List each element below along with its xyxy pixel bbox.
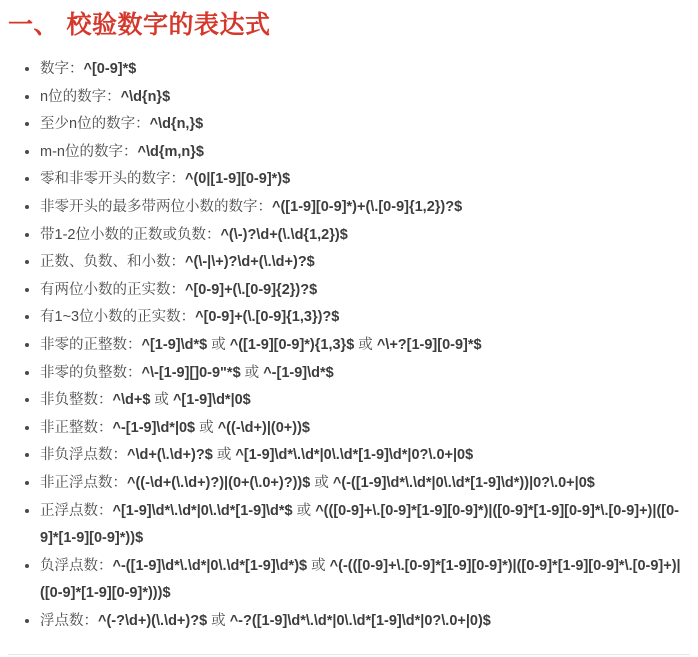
- list-item: 负浮点数：^-([1-9]\d*\.\d*|0\.\d*[1-9]\d*)$ 或…: [40, 553, 690, 608]
- item-label: 正浮点数：: [40, 503, 113, 519]
- item-label: 至少n位的数字：: [40, 116, 150, 132]
- item-label: 负浮点数：: [40, 558, 113, 574]
- item-label: 有1~3位小数的正实数：: [40, 309, 195, 325]
- list-item: 非负浮点数：^\d+(\.\d+)?$ 或 ^[1-9]\d*\.\d*|0\.…: [40, 442, 690, 470]
- list-item: 有1~3位小数的正实数：^[0-9]+(\.[0-9]{1,3})?$: [40, 304, 690, 332]
- item-label: 零和非零开头的数字：: [40, 171, 185, 187]
- page-title: 一、 校验数字的表达式: [8, 10, 690, 41]
- list-item: 数字：^[0-9]*$: [40, 56, 690, 84]
- regex-pattern: ^[0-9]*$: [84, 61, 137, 77]
- regex-pattern: ^((-\d+)|(0+))$: [218, 420, 310, 436]
- list-item: 非正浮点数：^((-\d+(\.\d+)?)|(0+(\.0+)?))$ 或 ^…: [40, 470, 690, 498]
- regex-pattern: ^([1-9][0-9]*){1,3}$: [230, 337, 355, 353]
- regex-pattern: ^[1-9]\d*|0$: [173, 392, 251, 408]
- regex-pattern: ^\+?[1-9][0-9]*$: [377, 337, 482, 353]
- item-label: 非负浮点数：: [40, 447, 127, 463]
- item-label: 非正浮点数：: [40, 475, 127, 491]
- list-item: 正浮点数：^[1-9]\d*\.\d*|0\.\d*[1-9]\d*$ 或 ^(…: [40, 498, 690, 553]
- or-separator: 或: [307, 558, 330, 574]
- regex-pattern: ^(-([1-9]\d*\.\d*|0\.\d*[1-9]\d*))|0?\.0…: [333, 475, 595, 491]
- regex-pattern: ^([1-9][0-9]*)+(\.[0-9]{1,2})?$: [272, 199, 462, 215]
- or-separator: 或: [213, 447, 236, 463]
- regex-pattern: ^\d{n}$: [121, 89, 171, 105]
- or-separator: 或: [207, 337, 230, 353]
- regex-pattern: ^(\-|\+)?\d+(\.\d+)?$: [185, 254, 315, 270]
- page: { "page": { "background": "#ffffff", "di…: [0, 0, 698, 657]
- item-label: 非负整数：: [40, 392, 113, 408]
- content: 一、 校验数字的表达式 数字：^[0-9]*$n位的数字：^\d{n}$至少n位…: [0, 0, 698, 655]
- item-label: 带1-2位小数的正数或负数：: [40, 227, 220, 243]
- list-item: 非正整数：^-[1-9]\d*|0$ 或 ^((-\d+)|(0+))$: [40, 415, 690, 443]
- regex-pattern: ^-([1-9]\d*\.\d*|0\.\d*[1-9]\d*)$: [113, 558, 308, 574]
- item-label: 浮点数：: [40, 613, 98, 629]
- regex-pattern: ^-[1-9]\d*$: [263, 365, 334, 381]
- regex-pattern: ^\d{n,}$: [150, 116, 204, 132]
- regex-pattern: ^[1-9]\d*$: [142, 337, 208, 353]
- regex-pattern: ^[0-9]+(\.[0-9]{2})?$: [185, 282, 317, 298]
- item-label: 非正整数：: [40, 420, 113, 436]
- list-item: 至少n位的数字：^\d{n,}$: [40, 111, 690, 139]
- regex-pattern: ^(\-)?\d+(\.\d{1,2})$: [220, 227, 347, 243]
- or-separator: 或: [293, 503, 316, 519]
- list-item: 非零的负整数：^\-[1-9][]0-9"*$ 或 ^-[1-9]\d*$: [40, 360, 690, 388]
- regex-pattern: ^[1-9]\d*\.\d*|0\.\d*[1-9]\d*|0?\.0+|0$: [235, 447, 473, 463]
- regex-pattern: ^-[1-9]\d*|0$: [113, 420, 196, 436]
- item-label: 有两位小数的正实数：: [40, 282, 185, 298]
- regex-pattern: ^\d+$: [113, 392, 151, 408]
- regex-pattern: ^\d+(\.\d+)?$: [127, 447, 213, 463]
- item-label: 非零的正整数：: [40, 337, 142, 353]
- regex-pattern: ^[0-9]+(\.[0-9]{1,3})?$: [195, 309, 339, 325]
- item-label: 数字：: [40, 61, 84, 77]
- bottom-divider: [8, 654, 690, 655]
- regex-pattern: ^-?([1-9]\d*\.\d*|0\.\d*[1-9]\d*|0?\.0+|…: [230, 613, 491, 629]
- or-separator: 或: [150, 392, 173, 408]
- regex-pattern: ^(-?\d+)(\.\d+)?$: [98, 613, 207, 629]
- or-separator: 或: [310, 475, 333, 491]
- list-item: 带1-2位小数的正数或负数：^(\-)?\d+(\.\d{1,2})$: [40, 222, 690, 250]
- item-label: 非零的负整数：: [40, 365, 142, 381]
- regex-pattern: ^\d{m,n}$: [137, 144, 203, 160]
- list-item: 有两位小数的正实数：^[0-9]+(\.[0-9]{2})?$: [40, 277, 690, 305]
- item-label: 正数、负数、和小数：: [40, 254, 185, 270]
- list-item: n位的数字：^\d{n}$: [40, 84, 690, 112]
- regex-pattern: ^(0|[1-9][0-9]*)$: [185, 171, 290, 187]
- regex-pattern: ^\-[1-9][]0-9"*$: [142, 365, 241, 381]
- or-separator: 或: [241, 365, 264, 381]
- regex-pattern: ^((-\d+(\.\d+)?)|(0+(\.0+)?))$: [127, 475, 310, 491]
- list-item: m-n位的数字：^\d{m,n}$: [40, 139, 690, 167]
- item-label: n位的数字：: [40, 89, 121, 105]
- regex-pattern: ^[1-9]\d*\.\d*|0\.\d*[1-9]\d*$: [113, 503, 293, 519]
- regex-list: 数字：^[0-9]*$n位的数字：^\d{n}$至少n位的数字：^\d{n,}$…: [8, 56, 690, 635]
- list-item: 非零开头的最多带两位小数的数字：^([1-9][0-9]*)+(\.[0-9]{…: [40, 194, 690, 222]
- list-item: 正数、负数、和小数：^(\-|\+)?\d+(\.\d+)?$: [40, 249, 690, 277]
- or-separator: 或: [207, 613, 230, 629]
- list-item: 浮点数：^(-?\d+)(\.\d+)?$ 或 ^-?([1-9]\d*\.\d…: [40, 608, 690, 636]
- item-label: m-n位的数字：: [40, 144, 137, 160]
- or-separator: 或: [195, 420, 218, 436]
- list-item: 非负整数：^\d+$ 或 ^[1-9]\d*|0$: [40, 387, 690, 415]
- list-item: 零和非零开头的数字：^(0|[1-9][0-9]*)$: [40, 166, 690, 194]
- or-separator: 或: [354, 337, 377, 353]
- item-label: 非零开头的最多带两位小数的数字：: [40, 199, 272, 215]
- list-item: 非零的正整数：^[1-9]\d*$ 或 ^([1-9][0-9]*){1,3}$…: [40, 332, 690, 360]
